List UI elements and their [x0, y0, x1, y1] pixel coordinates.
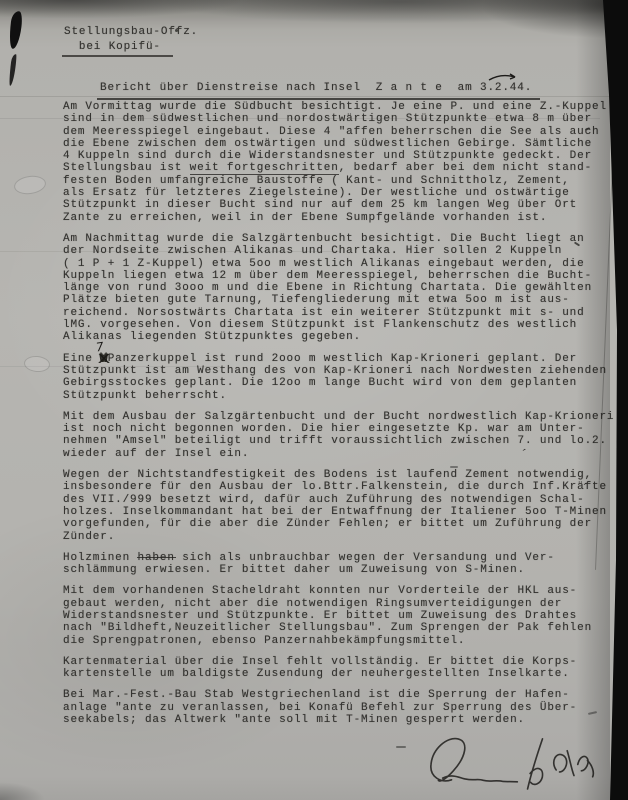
title-underline	[97, 98, 540, 100]
paper-stain	[23, 355, 50, 373]
text-line: des VII./999 besetzt wird, dafür auch Zu…	[63, 494, 628, 506]
text-line: ( 1 P + 1 Z-Kuppel) etwa 5oo m westlich …	[63, 258, 628, 270]
text-line: lMG. vorgesehen. Von diesem Stützpunkt i…	[63, 319, 628, 331]
text-line: Holzminen haben sich als unbrauchbar weg…	[63, 552, 628, 564]
document-title: Bericht über Dienstreise nach Insel Z a …	[100, 82, 532, 94]
text-line: Kartenmaterial über die Insel fehlt voll…	[63, 656, 628, 668]
text-line: der Nordseite zwischen Alikanas und Char…	[63, 245, 628, 257]
sender-line-1: Stellungsbau-Offz.	[64, 25, 198, 40]
text-line: festen Boden umfangreiche Baustoffe ( Ka…	[63, 175, 628, 187]
paragraph: Holzminen haben sich als unbrauchbar weg…	[63, 552, 628, 577]
handwritten-signature	[418, 724, 596, 797]
text-line: vorgefunden, für die aber die Zünder Feh…	[63, 518, 628, 530]
ink-speck	[396, 746, 406, 748]
paragraph: Bei Mar.-Fest.-Bau Stab Westgriechenland…	[63, 689, 628, 726]
text-line: dem Meeresspiegel eingebaut. Diese 4 "af…	[63, 126, 628, 138]
text-line: Mit dem vorhandenen Stacheldraht konnten…	[63, 585, 628, 597]
sender-line-2: bei Kopifü-	[64, 40, 198, 55]
text-line: seekabels; das Altwerk "ante soll mit T-…	[63, 714, 628, 726]
paper-stain	[13, 174, 47, 196]
text-line: sind in dem südwestlichen und nordostwär…	[63, 113, 628, 125]
text-line: Am Vormittag wurde die Südbucht besichti…	[63, 101, 628, 113]
scanned-document-page: Stellungsbau-Offz. bei Kopifü- Bericht ü…	[0, 0, 628, 800]
text-line: schlämmung erwiesen. Er bittet daher um …	[63, 564, 628, 576]
text-line: Widerstandsnester und Stützpunkte. Er bi…	[63, 610, 628, 622]
paper-crease	[0, 96, 628, 97]
text-line: Gebirgsstockes geplant. Die 12oo m lange…	[63, 377, 628, 389]
text-line: kartenstelle um baldigste Zusendung der …	[63, 668, 628, 680]
scan-corner-shadow	[0, 770, 60, 800]
sender-underline	[62, 55, 173, 57]
sender-block: Stellungsbau-Offz. bei Kopifü-	[64, 25, 198, 54]
text-line: nach "Bildheft,Neuzeitlicher Stellungsba…	[63, 622, 628, 634]
text-line: reichend. Norsostwärts Chartata ist ein …	[63, 307, 628, 319]
text-line: die Ebene zwischen dem ostwärtigen und s…	[63, 138, 628, 150]
paragraph: Am Vormittag wurde die Südbucht besichti…	[63, 101, 628, 224]
text-line: gebaut werden, nicht aber die notwendige…	[63, 598, 628, 610]
ink-blot	[8, 10, 24, 49]
text-line: die Sprengpatronen, ebenso Panzernahbekä…	[63, 635, 628, 647]
text-line: anlage "ante zu veranlassen, bei Konafü …	[63, 702, 628, 714]
text-line: ist noch nicht begonnen worden. Die hier…	[63, 423, 628, 435]
paragraph: Am Nachmittag wurde die Salzgärtenbucht …	[63, 233, 628, 344]
text-line: Mit dem Ausbau der Salzgärtenbucht und d…	[63, 411, 628, 423]
text-line: wieder auf der Insel ein.	[63, 448, 628, 460]
document-body: Am Vormittag wurde die Südbucht besichti…	[63, 101, 628, 735]
text-line: Wegen der Nichtstandfestigkeit des Boden…	[63, 469, 628, 481]
text-line: Stellungsbau ist weit fortgeschritten, b…	[63, 162, 628, 174]
text-line: Alikanas liegenden Stützpunktes gegeben.	[63, 331, 628, 343]
text-line: Stützpunkt in dieser Bucht sind nur auf …	[63, 199, 628, 211]
text-line: Bei Mar.-Fest.-Bau Stab Westgriechenland…	[63, 689, 628, 701]
handwritten-seven-mark: 7	[95, 340, 105, 355]
text-line: Zünder.	[63, 531, 628, 543]
paragraph: Wegen der Nichtstandfestigkeit des Boden…	[63, 469, 628, 543]
text-line: Eine WPanzerkuppel ist rund 2ooo m westl…	[63, 353, 628, 365]
text-line: nehmen "Amsel" beteiligt und trifft vora…	[63, 435, 628, 447]
text-line: Plätze bieten gute Tarnung, Tiefengliede…	[63, 294, 628, 306]
text-line: holzes. Inselkommandant hat bei der Entw…	[63, 506, 628, 518]
paragraph: Mit dem vorhandenen Stacheldraht konnten…	[63, 585, 628, 646]
text-line: Stützpunkt ist am Westhang des von Kap-K…	[63, 365, 628, 377]
text-line: Am Nachmittag wurde die Salzgärtenbucht …	[63, 233, 628, 245]
text-line: Zante zu erreichen, weil in der Ebene Su…	[63, 212, 628, 224]
paragraph: Eine WPanzerkuppel ist rund 2ooo m westl…	[63, 353, 628, 402]
text-line: Stützpunkt beherrscht.	[63, 390, 628, 402]
text-line: Kuppeln liegen etwa 12 m über dem Meeres…	[63, 270, 628, 282]
handwritten-arrow-mark	[487, 71, 521, 83]
text-line: als Ersatz für letzteres Ziegelsteine). …	[63, 187, 628, 199]
paragraph: Mit dem Ausbau der Salzgärtenbucht und d…	[63, 411, 628, 460]
paragraph: Kartenmaterial über die Insel fehlt voll…	[63, 656, 628, 681]
text-line: 4 Kuppeln sind durch die Widerstandsnest…	[63, 150, 628, 162]
text-line: insbesondere für den Ausbau der lo.Bttr.…	[63, 481, 628, 493]
text-line: länge von rund 3ooo m und die Ebene in R…	[63, 282, 628, 294]
